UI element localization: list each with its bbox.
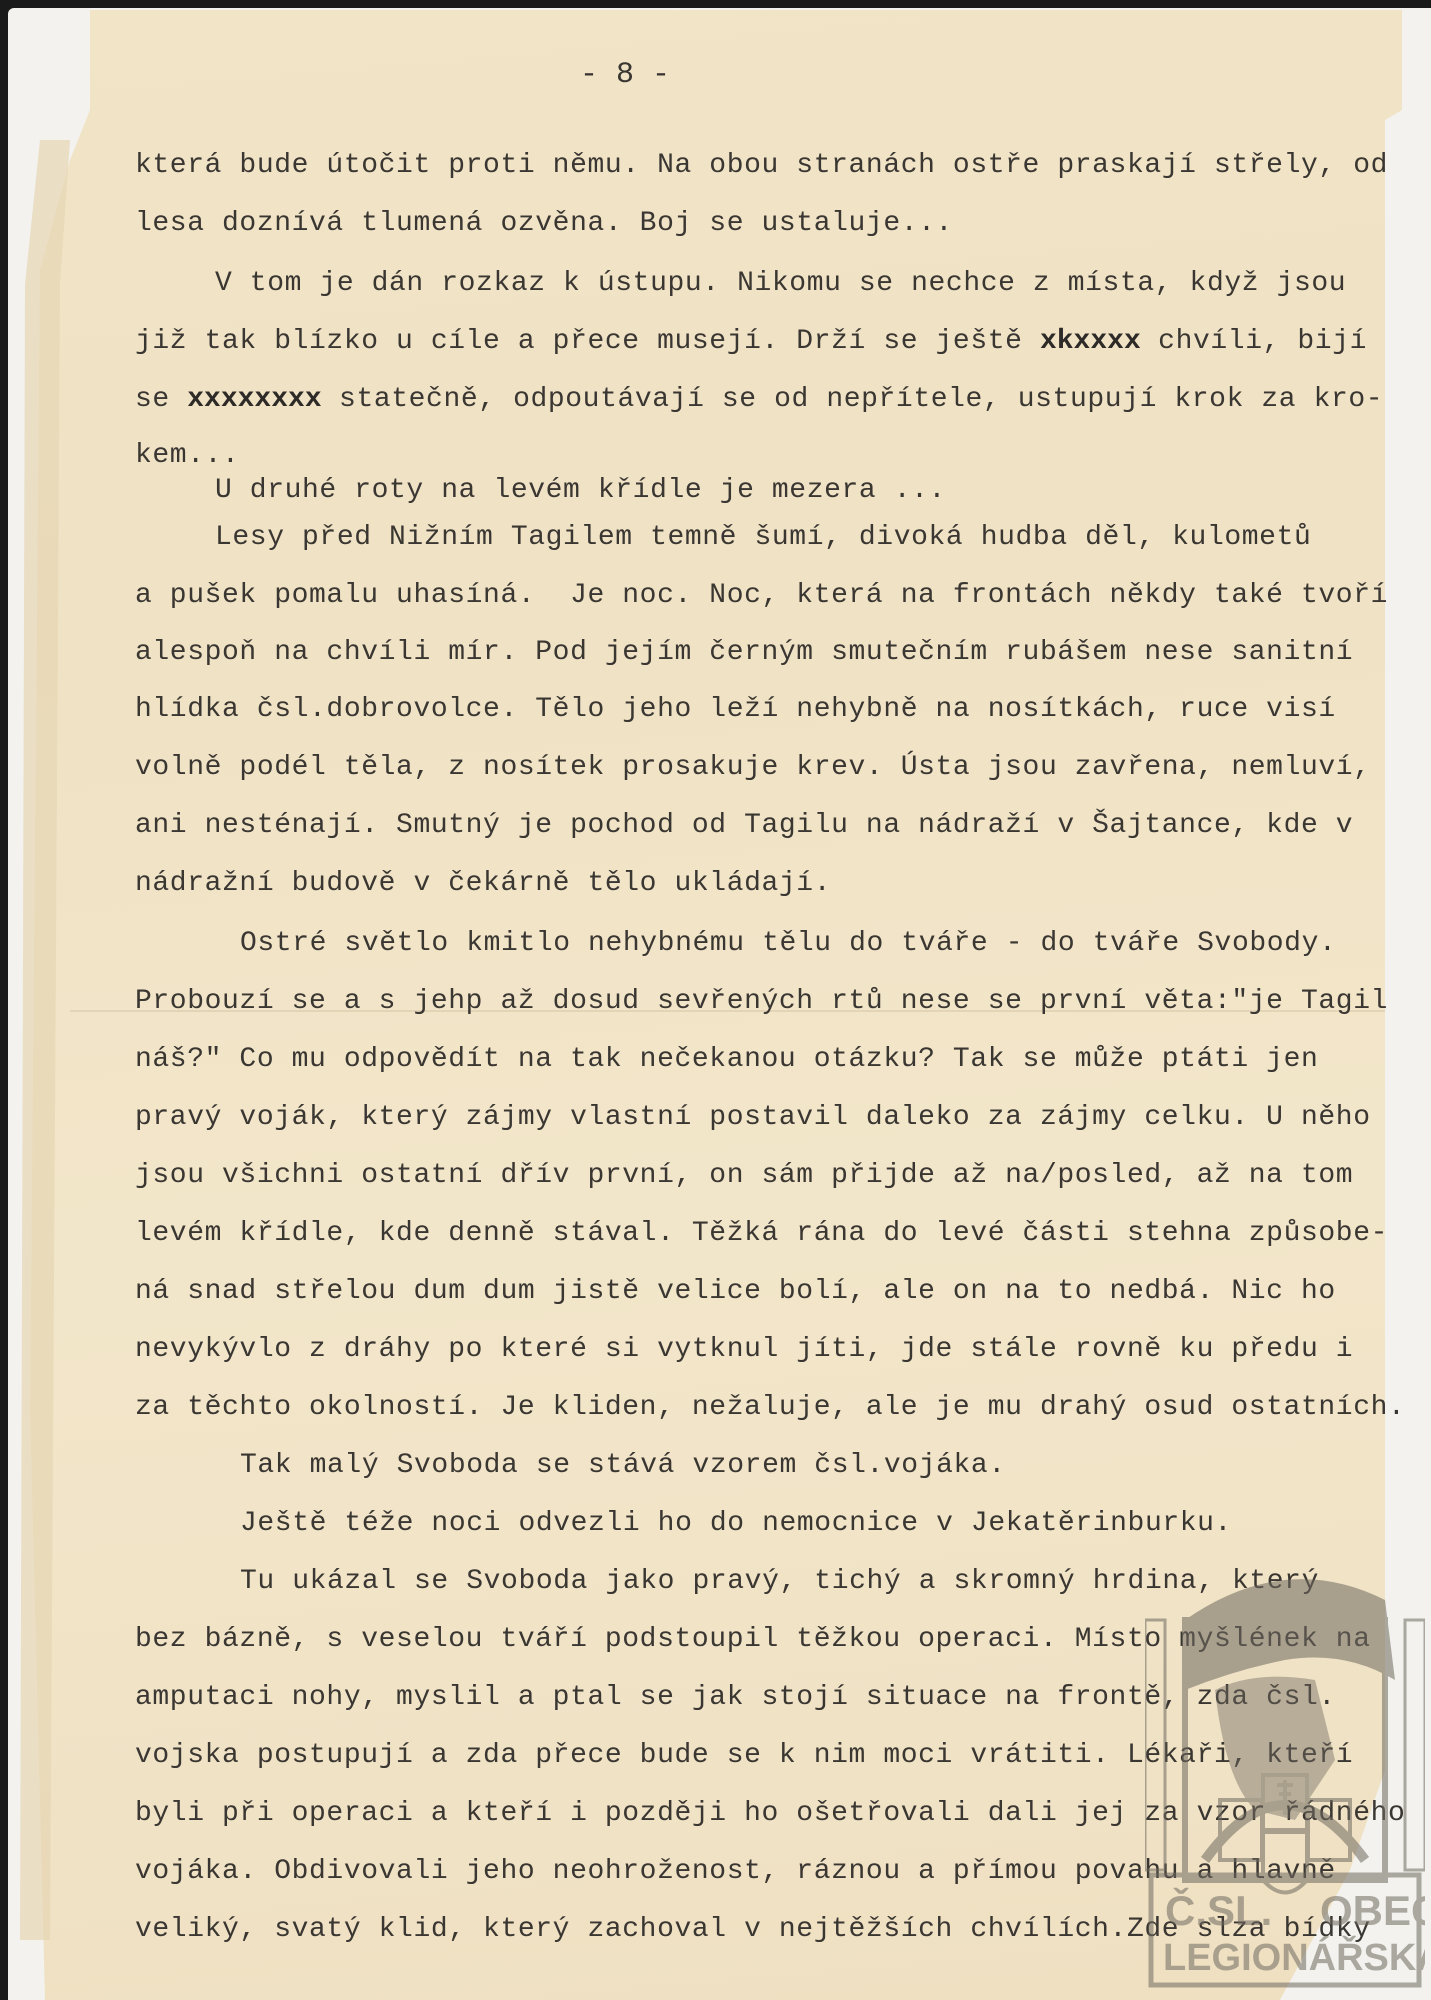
text-line: U druhé roty na levém křídle je mezera .… bbox=[215, 475, 946, 506]
text-line: byli při operaci a kteří i později ho oš… bbox=[135, 1798, 1405, 1829]
text-line: ná snad střelou dum dum jistě velice bol… bbox=[135, 1276, 1336, 1307]
text-line-content: bez bázně, s veselou tváří podstoupil tě… bbox=[135, 1624, 1371, 1655]
text-line-content: Tu ukázal se Svoboda jako pravý, tichý a… bbox=[240, 1566, 1319, 1597]
text-line-content: lesa doznívá tlumená ozvěna. Boj se usta… bbox=[135, 208, 953, 239]
text-line: která bude útočit proti němu. Na obou st… bbox=[135, 150, 1388, 181]
text-line: za těchto okolností. Je kliden, nežaluje… bbox=[135, 1392, 1405, 1423]
text-line-content: se bbox=[135, 384, 187, 415]
text-line-content: ná snad střelou dum dum jistě velice bol… bbox=[135, 1276, 1336, 1307]
text-line-content: amputaci nohy, myslil a ptal se jak stoj… bbox=[135, 1682, 1336, 1713]
text-line-content: Tak malý Svoboda se stává vzorem čsl.voj… bbox=[240, 1450, 1006, 1481]
text-line: Lesy před Nižním Tagilem temně šumí, div… bbox=[215, 522, 1311, 553]
text-line: bez bázně, s veselou tváří podstoupil tě… bbox=[135, 1624, 1371, 1655]
text-line-content: Probouzí se a s jehp až dosud sevřených … bbox=[135, 986, 1388, 1017]
text-line: hlídka čsl.dobrovolce. Tělo jeho leží ne… bbox=[135, 694, 1336, 725]
text-line-content: volně podél těla, z nosítek prosakuje kr… bbox=[135, 752, 1371, 783]
text-line: již tak blízko u cíle a přece musejí. Dr… bbox=[135, 326, 1367, 357]
text-line-content: vojáka. Obdivovali jeho neohroženost, rá… bbox=[135, 1856, 1336, 1887]
text-line-content: byli při operaci a kteří i později ho oš… bbox=[135, 1798, 1405, 1829]
text-line: vojska postupují a zda přece bude se k n… bbox=[135, 1740, 1353, 1771]
text-line-content: náš?" Co mu odpovědít na tak nečekanou o… bbox=[135, 1044, 1318, 1075]
text-line-content: V tom je dán rozkaz k ústupu. Nikomu se … bbox=[215, 268, 1346, 299]
text-line-content: levém křídle, kde denně stával. Těžká rá… bbox=[135, 1218, 1388, 1249]
text-line: Ostré světlo kmitlo nehybnému tělu do tv… bbox=[240, 928, 1336, 959]
text-line: nevykývlo z dráhy po které si vytknul jí… bbox=[135, 1334, 1353, 1365]
text-line: Tak malý Svoboda se stává vzorem čsl.voj… bbox=[240, 1450, 1006, 1481]
text-line-content: veliký, svatý klid, který zachoval v nej… bbox=[135, 1914, 1371, 1945]
text-line-content: a pušek pomalu uhasíná. Je noc. Noc, kte… bbox=[135, 580, 1388, 611]
text-line: Probouzí se a s jehp až dosud sevřených … bbox=[135, 986, 1388, 1017]
text-line-content: vojska postupují a zda přece bude se k n… bbox=[135, 1740, 1353, 1771]
text-line: vojáka. Obdivovali jeho neohroženost, rá… bbox=[135, 1856, 1336, 1887]
text-line-content: kem... bbox=[135, 440, 239, 471]
text-line: lesa doznívá tlumená ozvěna. Boj se usta… bbox=[135, 208, 953, 239]
text-line: se xxxxxxxx statečně, odpoutávají se od … bbox=[135, 384, 1383, 415]
text-line-content: Ostré světlo kmitlo nehybnému tělu do tv… bbox=[240, 928, 1336, 959]
text-line: Tu ukázal se Svoboda jako pravý, tichý a… bbox=[240, 1566, 1319, 1597]
text-line: veliký, svatý klid, který zachoval v nej… bbox=[135, 1914, 1371, 1945]
text-line: alespoň na chvíli mír. Pod jejím černým … bbox=[135, 637, 1353, 668]
text-line-content: která bude útočit proti němu. Na obou st… bbox=[135, 150, 1388, 181]
text-line: kem... bbox=[135, 440, 239, 471]
text-line-content: pravý voják, který zájmy vlastní postavi… bbox=[135, 1102, 1371, 1133]
text-line: pravý voják, který zájmy vlastní postavi… bbox=[135, 1102, 1371, 1133]
text-line: náš?" Co mu odpovědít na tak nečekanou o… bbox=[135, 1044, 1318, 1075]
text-line-content: jsou všichni ostatní dřív první, on sám … bbox=[135, 1160, 1353, 1191]
text-line: Ještě téže noci odvezli ho do nemocnice … bbox=[240, 1508, 1232, 1539]
text-line-continuation: statečně, odpoutávají se od nepřítele, u… bbox=[322, 384, 1384, 415]
text-line-content: alespoň na chvíli mír. Pod jejím černým … bbox=[135, 637, 1353, 668]
text-line: a pušek pomalu uhasíná. Je noc. Noc, kte… bbox=[135, 580, 1388, 611]
struck-out-text: xkxxxx bbox=[1040, 326, 1141, 357]
text-line-continuation: chvíli, bijí bbox=[1141, 326, 1367, 357]
text-line: amputaci nohy, myslil a ptal se jak stoj… bbox=[135, 1682, 1336, 1713]
struck-out-text: xxxxxxxx bbox=[187, 384, 321, 415]
page-number: - 8 - bbox=[580, 58, 670, 92]
text-line-content: hlídka čsl.dobrovolce. Tělo jeho leží ne… bbox=[135, 694, 1336, 725]
text-line: V tom je dán rozkaz k ústupu. Nikomu se … bbox=[215, 268, 1346, 299]
text-line-content: za těchto okolností. Je kliden, nežaluje… bbox=[135, 1392, 1405, 1423]
text-line-content: již tak blízko u cíle a přece musejí. Dr… bbox=[135, 326, 1040, 357]
text-line: nádražní budově v čekárně tělo ukládají. bbox=[135, 868, 831, 899]
text-line-content: nevykývlo z dráhy po které si vytknul jí… bbox=[135, 1334, 1353, 1365]
text-line-content: ani nesténají. Smutný je pochod od Tagil… bbox=[135, 810, 1353, 841]
text-line-content: U druhé roty na levém křídle je mezera .… bbox=[215, 475, 946, 506]
text-line: volně podél těla, z nosítek prosakuje kr… bbox=[135, 752, 1371, 783]
text-line-content: Lesy před Nižním Tagilem temně šumí, div… bbox=[215, 522, 1311, 553]
text-line: jsou všichni ostatní dřív první, on sám … bbox=[135, 1160, 1353, 1191]
text-line: levém křídle, kde denně stával. Těžká rá… bbox=[135, 1218, 1388, 1249]
text-line: ani nesténají. Smutný je pochod od Tagil… bbox=[135, 810, 1353, 841]
text-line-content: nádražní budově v čekárně tělo ukládají. bbox=[135, 868, 831, 899]
text-line-content: Ještě téže noci odvezli ho do nemocnice … bbox=[240, 1508, 1232, 1539]
